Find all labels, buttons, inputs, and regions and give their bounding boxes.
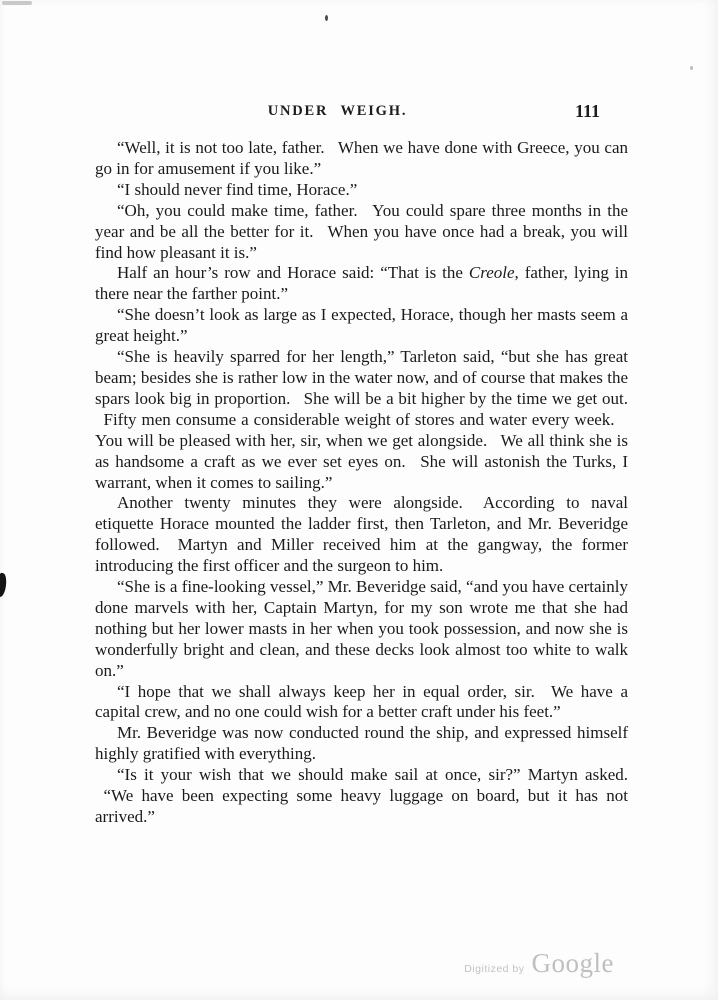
chapter-title: UNDER WEIGH. — [95, 103, 580, 120]
paragraph: “She doesn’t look as large as I expected… — [95, 305, 628, 347]
paragraph: “I hope that we shall always keep her in… — [95, 682, 628, 724]
scan-artifact-dot — [325, 15, 328, 21]
scan-artifact-dash — [2, 1, 32, 5]
paragraph: “Oh, you could make time, father. You co… — [95, 201, 628, 264]
text-run: “Oh, you could make time, father. You co… — [95, 201, 628, 262]
text-run: “I hope that we shall always keep her in… — [95, 682, 628, 722]
book-page: UNDER WEIGH. 111 “Well, it is not too la… — [0, 0, 718, 1000]
text-run: “She doesn’t look as large as I expected… — [95, 305, 628, 345]
paragraph: “She is a fine-looking vessel,” Mr. Beve… — [95, 577, 628, 682]
paragraph: “Well, it is not too late, father. When … — [95, 138, 628, 180]
google-logo: Google — [532, 948, 614, 979]
paragraph: Half an hour’s row and Horace said: “Tha… — [95, 263, 628, 305]
paragraph: “I should never find time, Horace.” — [95, 180, 628, 201]
text-run: “She is heavily sparred for her length,”… — [95, 347, 628, 491]
text-run: “Well, it is not too late, father. When … — [95, 138, 628, 178]
scan-artifact-speck — [690, 66, 693, 70]
paragraph: “Is it your wish that we should make sai… — [95, 765, 628, 828]
text-block: “Well, it is not too late, father. When … — [95, 138, 628, 828]
running-header: UNDER WEIGH. 111 — [95, 103, 628, 125]
text-run: Half an hour’s row and Horace said: “Tha… — [117, 263, 469, 282]
text-run: “Is it your wish that we should make sai… — [95, 765, 628, 826]
page-number: 111 — [575, 101, 600, 122]
paragraph: Another twenty minutes they were alongsi… — [95, 493, 628, 577]
paragraph: “She is heavily sparred for her length,”… — [95, 347, 628, 493]
text-run: “She is a fine-looking vessel,” Mr. Beve… — [95, 577, 628, 680]
text-run: “I should never find time, Horace.” — [117, 180, 357, 199]
scan-artifact-ink-blob — [0, 572, 8, 597]
text-run: Another twenty minutes they were alongsi… — [95, 493, 628, 575]
digitized-watermark: Digitized by Google — [464, 948, 614, 979]
italic-run: Creole — [469, 263, 515, 282]
text-run: Mr. Beveridge was now conducted round th… — [95, 723, 628, 763]
watermark-prefix: Digitized by — [464, 963, 524, 975]
paragraph: Mr. Beveridge was now conducted round th… — [95, 723, 628, 765]
